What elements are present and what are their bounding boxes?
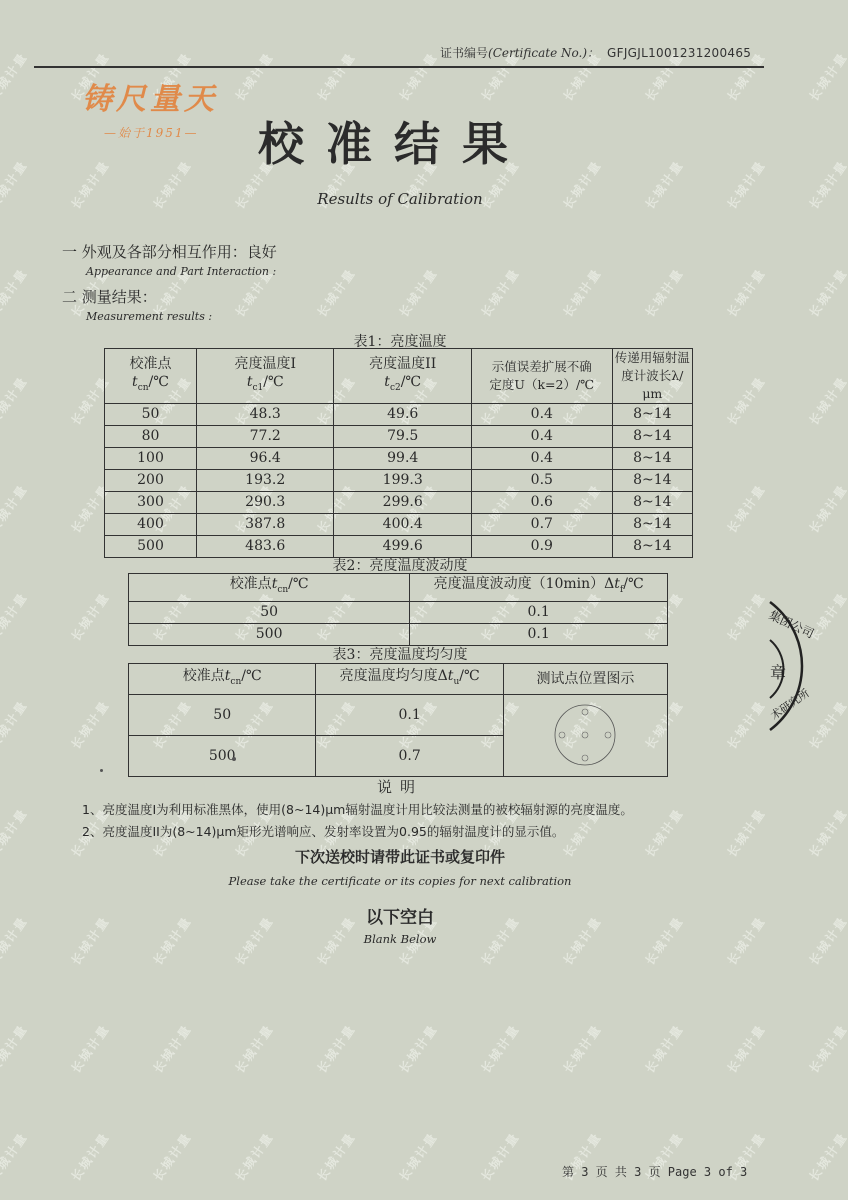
test-point-diagram bbox=[503, 694, 667, 776]
watermark-text: 长城计量 bbox=[805, 373, 848, 429]
table1-header-cell: 亮度温度Itc1/℃ bbox=[196, 349, 333, 404]
watermark-text: 长城计量 bbox=[395, 49, 441, 105]
table-row: 200193.2199.30.58~14 bbox=[105, 470, 693, 492]
logo-subtitle: —始于1951— bbox=[104, 124, 199, 141]
logo: 铸尺量天 bbox=[82, 74, 218, 118]
page-subtitle: Results of Calibration bbox=[0, 190, 800, 208]
table-row: 300290.3299.60.68~14 bbox=[105, 492, 693, 514]
table1-header-cell: 亮度温度IItc2/℃ bbox=[334, 349, 471, 404]
table-cell: 50 bbox=[105, 404, 197, 426]
table-cell: 0.4 bbox=[471, 404, 612, 426]
section-appearance: 一 外观及各部分相互作用：良好 bbox=[62, 241, 277, 262]
cert-label-cn: 证书编号 bbox=[440, 46, 488, 60]
table-cell: 400.4 bbox=[334, 514, 471, 536]
watermark-text: 长城计量 bbox=[477, 1129, 523, 1185]
table-row: 500.1 bbox=[129, 694, 668, 735]
watermark-text: 长城计量 bbox=[0, 1021, 31, 1077]
table-row: 10096.499.40.48~14 bbox=[105, 448, 693, 470]
watermark-text: 长城计量 bbox=[149, 1021, 195, 1077]
note-item: 2、亮度温度II为(8~14)μm矩形光谱响应、发射率设置为0.95的辐射温度计… bbox=[82, 822, 564, 840]
table-row: 500.1 bbox=[129, 601, 668, 623]
table-row: 8077.279.50.48~14 bbox=[105, 426, 693, 448]
table1-header-cell: 传递用辐射温度计波长λ/μm bbox=[612, 349, 692, 404]
cert-label-en: (Certificate No.)： bbox=[488, 46, 599, 60]
note-item: 1、亮度温度I为利用标准黑体，使用(8~14)μm辐射温度计用比较法测量的被校辐… bbox=[82, 800, 633, 818]
table-cell: 8~14 bbox=[612, 426, 692, 448]
table-temperature-uniformity: 校准点tcn/℃亮度温度均匀度Δtu/℃测试点位置图示 500.15000.7 bbox=[128, 663, 668, 777]
watermark-text: 长城计量 bbox=[0, 1129, 31, 1185]
watermark-text: 长城计量 bbox=[67, 697, 113, 753]
table-cell: 8~14 bbox=[612, 492, 692, 514]
watermark-text: 长城计量 bbox=[805, 481, 848, 537]
table1-header-cell: 校准点tcn/℃ bbox=[105, 349, 197, 404]
table2-caption: 表2：亮度温度波动度 bbox=[0, 555, 800, 575]
svg-text:集团公司: 集团公司 bbox=[767, 607, 817, 641]
notes-title: 说明 bbox=[0, 776, 800, 797]
watermark-text: 长城计量 bbox=[395, 1129, 441, 1185]
watermark-text: 长城计量 bbox=[0, 49, 31, 105]
table2-header-cell: 校准点tcn/℃ bbox=[129, 574, 410, 602]
watermark-text: 长城计量 bbox=[313, 1021, 359, 1077]
scan-speck bbox=[232, 757, 236, 761]
next-calibration-notice: 下次送校时请带此证书或复印件 bbox=[0, 846, 800, 867]
watermark-text: 长城计量 bbox=[67, 1021, 113, 1077]
watermark-text: 长城计量 bbox=[149, 1129, 195, 1185]
watermark-text: 长城计量 bbox=[0, 265, 31, 321]
table3-caption: 表3：亮度温度均匀度 bbox=[0, 644, 800, 664]
table-cell: 0.1 bbox=[316, 694, 503, 735]
watermark-text: 长城计量 bbox=[231, 1021, 277, 1077]
certificate-number: 证书编号(Certificate No.)：GFJGJL100123120046… bbox=[440, 44, 751, 61]
watermark-text: 长城计量 bbox=[805, 157, 848, 213]
official-seal: 集团公司 章 术研究所 bbox=[740, 596, 848, 736]
table3-header-cell: 测试点位置图示 bbox=[503, 664, 667, 695]
watermark-text: 长城计量 bbox=[231, 49, 277, 105]
table-cell: 96.4 bbox=[196, 448, 333, 470]
watermark-text: 长城计量 bbox=[0, 697, 31, 753]
table-cell: 0.4 bbox=[471, 448, 612, 470]
watermark-text: 长城计量 bbox=[0, 589, 31, 645]
watermark-text: 长城计量 bbox=[805, 49, 848, 105]
watermark-text: 长城计量 bbox=[641, 265, 687, 321]
watermark-text: 长城计量 bbox=[723, 1021, 769, 1077]
table-cell: 500 bbox=[129, 735, 316, 776]
watermark-text: 长城计量 bbox=[641, 1021, 687, 1077]
watermark-text: 长城计量 bbox=[559, 265, 605, 321]
svg-text:章: 章 bbox=[770, 663, 786, 682]
watermark-text: 长城计量 bbox=[805, 265, 848, 321]
watermark-text: 长城计量 bbox=[313, 1129, 359, 1185]
table-cell: 193.2 bbox=[196, 470, 333, 492]
watermark-text: 长城计量 bbox=[723, 265, 769, 321]
table-brightness-temperature: 校准点tcn/℃亮度温度Itc1/℃亮度温度IItc2/℃示值误差扩展不确定度U… bbox=[104, 348, 693, 558]
table-cell: 0.7 bbox=[316, 735, 503, 776]
watermark-text: 长城计量 bbox=[805, 805, 848, 861]
watermark-text: 长城计量 bbox=[0, 373, 31, 429]
blank-below-en: Blank Below bbox=[0, 932, 800, 946]
blank-below: 以下空白 bbox=[0, 903, 800, 928]
table-row: 400387.8400.40.78~14 bbox=[105, 514, 693, 536]
section-appearance-en: Appearance and Part Interaction : bbox=[86, 265, 276, 278]
table-cell: 387.8 bbox=[196, 514, 333, 536]
table-cell: 500 bbox=[129, 623, 410, 645]
table3-header-cell: 校准点tcn/℃ bbox=[129, 664, 316, 695]
table-cell: 0.5 bbox=[471, 470, 612, 492]
table-cell: 77.2 bbox=[196, 426, 333, 448]
watermark-text: 长城计量 bbox=[723, 481, 769, 537]
watermark-text: 长城计量 bbox=[477, 1021, 523, 1077]
table-cell: 99.4 bbox=[334, 448, 471, 470]
watermark-text: 长城计量 bbox=[805, 1129, 848, 1185]
table-cell: 299.6 bbox=[334, 492, 471, 514]
table-cell: 0.1 bbox=[410, 601, 668, 623]
table-cell: 8~14 bbox=[612, 470, 692, 492]
table1-header-cell: 示值误差扩展不确定度U（k=2）/℃ bbox=[471, 349, 612, 404]
table-cell: 400 bbox=[105, 514, 197, 536]
table-cell: 8~14 bbox=[612, 514, 692, 536]
section-measurement: 二 测量结果： bbox=[62, 286, 157, 307]
test-points-circle-icon bbox=[550, 700, 620, 770]
cert-number-value: GFJGJL1001231200465 bbox=[607, 46, 751, 60]
watermark-text: 长城计量 bbox=[559, 1021, 605, 1077]
table-cell: 49.6 bbox=[334, 404, 471, 426]
table-cell: 0.4 bbox=[471, 426, 612, 448]
table2-header-cell: 亮度温度波动度（10min）Δtf/℃ bbox=[410, 574, 668, 602]
table-cell: 79.5 bbox=[334, 426, 471, 448]
watermark-text: 长城计量 bbox=[231, 1129, 277, 1185]
table-cell: 300 bbox=[105, 492, 197, 514]
table-row: 5000.1 bbox=[129, 623, 668, 645]
watermark-text: 长城计量 bbox=[395, 265, 441, 321]
scan-speck bbox=[100, 769, 103, 772]
table-cell: 48.3 bbox=[196, 404, 333, 426]
table-cell: 80 bbox=[105, 426, 197, 448]
table-temperature-stability: 校准点tcn/℃亮度温度波动度（10min）Δtf/℃ 500.15000.1 bbox=[128, 573, 668, 646]
watermark-text: 长城计量 bbox=[723, 373, 769, 429]
table-cell: 0.6 bbox=[471, 492, 612, 514]
watermark-text: 长城计量 bbox=[67, 589, 113, 645]
table3-header-cell: 亮度温度均匀度Δtu/℃ bbox=[316, 664, 503, 695]
watermark-text: 长城计量 bbox=[477, 265, 523, 321]
watermark-text: 长城计量 bbox=[313, 265, 359, 321]
svg-text:术研究所: 术研究所 bbox=[768, 686, 812, 723]
table-row: 5048.349.60.48~14 bbox=[105, 404, 693, 426]
page-number: 第 3 页 共 3 页 Page 3 of 3 bbox=[562, 1163, 747, 1180]
next-calibration-notice-en: Please take the certificate or its copie… bbox=[0, 874, 800, 888]
table-cell: 8~14 bbox=[612, 448, 692, 470]
table-cell: 290.3 bbox=[196, 492, 333, 514]
table-cell: 50 bbox=[129, 694, 316, 735]
seal-icon: 集团公司 章 术研究所 bbox=[740, 596, 848, 736]
table-cell: 0.1 bbox=[410, 623, 668, 645]
table-cell: 199.3 bbox=[334, 470, 471, 492]
watermark-text: 长城计量 bbox=[805, 913, 848, 969]
page-title: 校准结果 bbox=[258, 108, 530, 174]
watermark-text: 长城计量 bbox=[0, 481, 31, 537]
table-cell: 100 bbox=[105, 448, 197, 470]
table-cell: 8~14 bbox=[612, 404, 692, 426]
table-cell: 200 bbox=[105, 470, 197, 492]
watermark-text: 长城计量 bbox=[395, 1021, 441, 1077]
top-divider bbox=[34, 66, 764, 68]
table-cell: 0.7 bbox=[471, 514, 612, 536]
watermark-text: 长城计量 bbox=[67, 1129, 113, 1185]
watermark-text: 长城计量 bbox=[805, 1021, 848, 1077]
table-cell: 50 bbox=[129, 601, 410, 623]
watermark-text: 长城计量 bbox=[313, 49, 359, 105]
section-measurement-en: Measurement results : bbox=[86, 310, 212, 323]
